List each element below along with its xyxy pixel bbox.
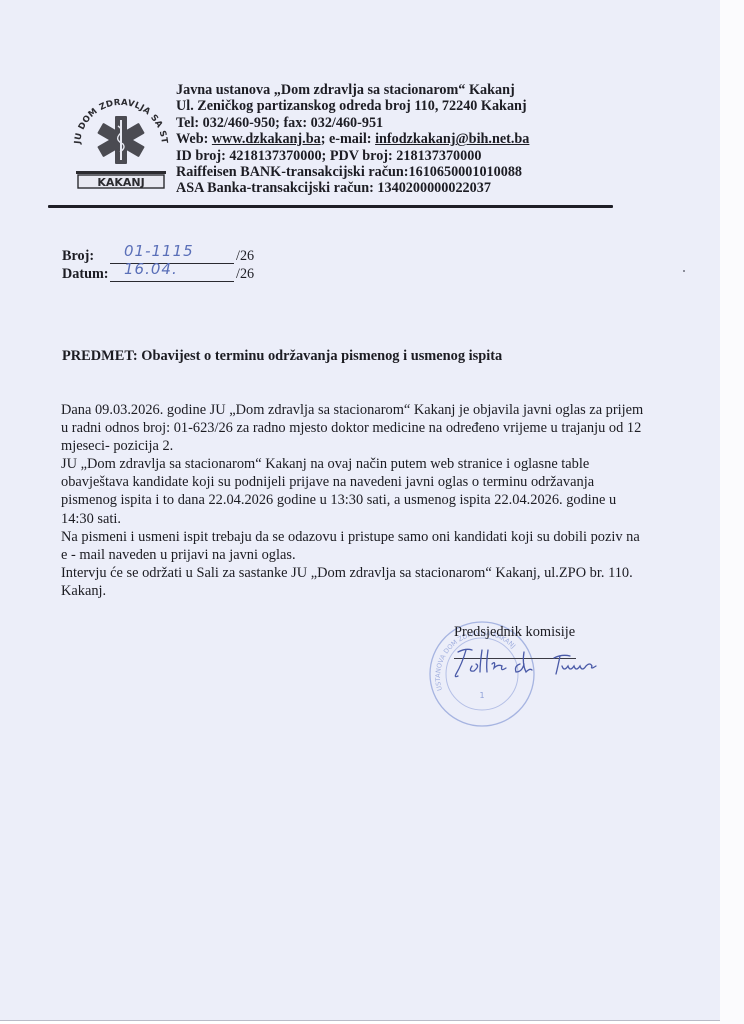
institution-phone-fax: Tel: 032/460-950; fax: 032/460-951 [176, 115, 529, 131]
reference-date: Datum: 16.04. /26 [62, 266, 109, 283]
institution-name: Javna ustanova „Dom zdravlja sa staciona… [176, 82, 529, 98]
signature-block: USTANOVA DOM ZDRAVLJA KAKANJ 1 Predsjedn… [440, 618, 660, 728]
web-label: Web: [176, 131, 212, 147]
body-line: 14:30 sati. [61, 510, 701, 528]
body-line: Dana 09.03.2026. godine JU „Dom zdravlja… [61, 401, 701, 419]
reference-date-field: 16.04. [110, 266, 234, 282]
reference-date-label: Datum: [62, 266, 109, 282]
body-line: mjeseci- pozicija 2. [61, 437, 701, 455]
reference-number: Broj: 01-1115 /26 [62, 248, 94, 265]
letterhead-divider [48, 205, 613, 208]
body-line: e - mail naveden u prijavi na javni ogla… [61, 546, 701, 564]
institution-address: Ul. Zeničkog partizanskog odreda broj 11… [176, 98, 529, 114]
star-of-life-icon [97, 116, 145, 164]
body-line: u radni odnos broj: 01-623/26 za radno m… [61, 419, 701, 437]
body-line: pismenog ispita i to dana 22.04.2026 god… [61, 491, 701, 509]
subject-line: PREDMET: Obavijest o terminu održavanja … [62, 348, 502, 365]
reference-number-handwritten: 01-1115 [124, 242, 194, 260]
body-line: Na pismeni i usmeni ispit trebaju da se … [61, 528, 701, 546]
body-line: Kakanj. [61, 582, 701, 600]
web-link[interactable]: www.dzkakanj.ba [212, 131, 321, 147]
reference-date-suffix: /26 [236, 266, 254, 283]
email-link[interactable]: infodzkakanj@bih.net.ba [375, 131, 529, 147]
reference-number-suffix: /26 [236, 248, 254, 265]
institution-web-email: Web: www.dzkakanj.ba; e-mail: infodzkaka… [176, 131, 529, 147]
body-line: Intervju će se održati u Sali za sastank… [61, 564, 701, 582]
handwritten-signature [450, 644, 620, 684]
stamp-number: 1 [479, 691, 484, 700]
institution-logo: JU DOM ZDRAVLJA SA STACIONAROM KAKANJ [66, 76, 174, 192]
scan-speck [683, 270, 685, 272]
signature-title: Predsjednik komisije [454, 624, 575, 641]
email-label: ; e-mail: [321, 131, 375, 147]
logo-banner-text: KAKANJ [97, 176, 144, 189]
body-line: JU „Dom zdravlja sa stacionarom“ Kakanj … [61, 455, 701, 473]
body-line: obavještava kandidate koji su podnijeli … [61, 473, 701, 491]
reference-number-label: Broj: [62, 248, 94, 264]
reference-date-handwritten: 16.04. [124, 260, 178, 278]
bank-account-asa: ASA Banka-transakcijski račun: 134020000… [176, 180, 529, 196]
institution-ids: ID broj: 4218137370000; PDV broj: 218137… [176, 148, 529, 164]
letterhead: Javna ustanova „Dom zdravlja sa staciona… [176, 82, 529, 197]
scan-margin [720, 0, 744, 1024]
letter-body: Dana 09.03.2026. godine JU „Dom zdravlja… [61, 401, 701, 600]
bank-account-raiffeisen: Raiffeisen BANK-transakcijski račun:1610… [176, 164, 529, 180]
